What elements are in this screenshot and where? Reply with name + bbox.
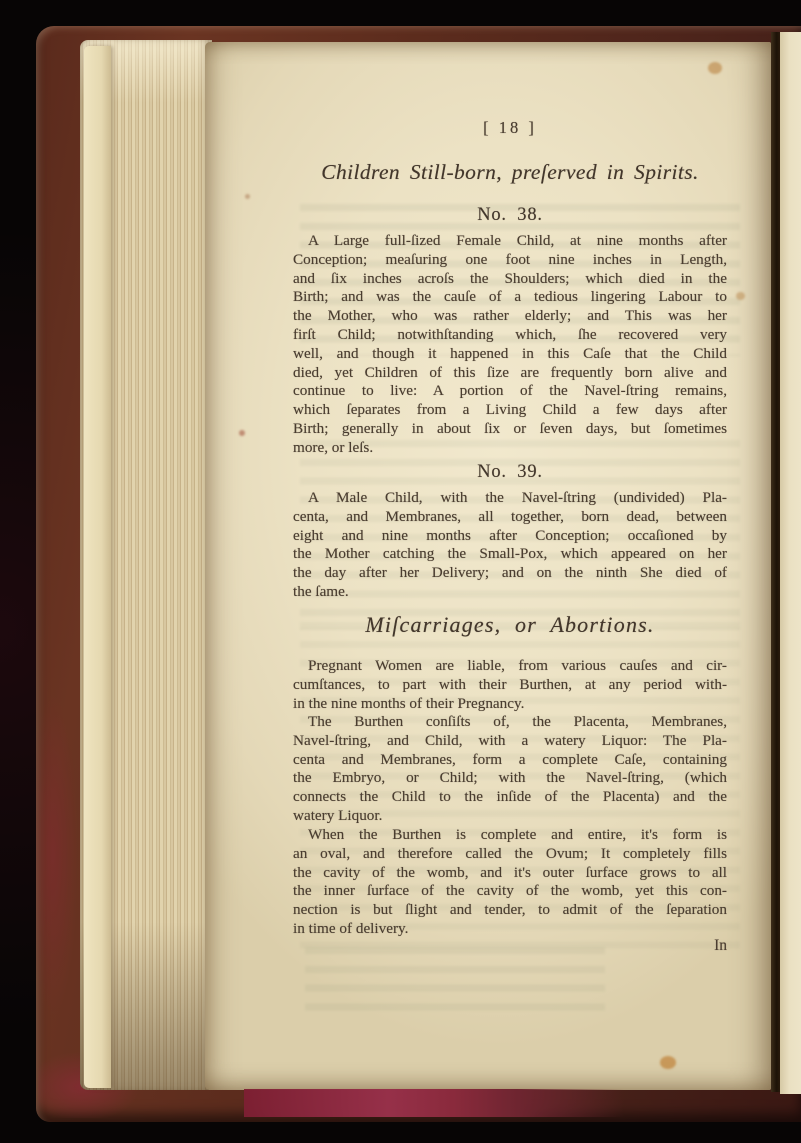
paper-stain [736, 292, 745, 300]
text-line: an oval, and therefore called the Ovum; … [293, 845, 727, 864]
facing-page-edge [780, 32, 801, 1094]
text-line: Navel-ſtring, and Child, with a watery L… [293, 732, 727, 751]
entry-heading: No. 38. [293, 205, 727, 226]
entry-paragraph: A Male Child, with the Navel-ſtring (und… [293, 489, 727, 602]
text-line: in the nine months of their Pregnancy. [293, 695, 727, 714]
text-line: the Mother, who was rather elderly; and … [293, 307, 727, 326]
text-line: The Burthen conſiſts of, the Placenta, M… [293, 713, 727, 732]
text-line: the cavity of the womb, and it's outer ſ… [293, 864, 727, 883]
text-line: nection is but ſlight and tender, to adm… [293, 901, 727, 920]
text-line: which ſeparates from a Living Child a fe… [293, 401, 727, 420]
text-line: died, yet Children of this ſize are freq… [293, 364, 727, 383]
text-line: Conception; meaſuring one foot nine inch… [293, 251, 727, 270]
text-line: in time of delivery. [293, 920, 727, 939]
text-line: watery Liquor. [293, 807, 727, 826]
paper-stain [245, 194, 250, 199]
section-title: Children Still-born, preſerved in Spirit… [293, 160, 727, 185]
text-line: eight and nine months after Conception; … [293, 527, 727, 546]
paper-stain [239, 430, 245, 436]
text-line: When the Burthen is complete and entire,… [293, 826, 727, 845]
text-line: cumſtances, to part with their Burthen, … [293, 676, 727, 695]
text-line: more, or leſs. [293, 439, 727, 458]
subsection-paragraph: The Burthen conſiſts of, the Placenta, M… [293, 713, 727, 826]
catchword: In [293, 937, 727, 955]
text-line: well, and though it happened in this Caſ… [293, 345, 727, 364]
text-line: A Male Child, with the Navel-ſtring (und… [293, 489, 727, 508]
text-line: and ſix inches acroſs the Shoulders; whi… [293, 270, 727, 289]
loose-page-edge [84, 46, 111, 1088]
subsection-paragraph: Pregnant Women are liable, from various … [293, 657, 727, 713]
text-line: centa, and Membranes, all together, born… [293, 508, 727, 527]
cover-marble-bottom-edge [244, 1089, 624, 1117]
text-line: Birth; generally in about ſix or ſeven d… [293, 420, 727, 439]
page-number-header: [ 18 ] [293, 118, 727, 138]
text-line: Pregnant Women are liable, from various … [293, 657, 727, 676]
book-page: [ 18 ] Children Still-born, preſerved in… [205, 42, 771, 1090]
book-scan-scene: [ 18 ] Children Still-born, preſerved in… [0, 0, 801, 1143]
subsection-heading: Miſcarriages, or Abortions. [293, 612, 727, 638]
text-line: firſt Child; notwithſtanding which, ſhe … [293, 326, 727, 345]
entry-heading: No. 39. [293, 462, 727, 483]
text-line: the ſame. [293, 583, 727, 602]
text-line: Birth; and was the cauſe of a tedious li… [293, 288, 727, 307]
text-line: the inner ſurface of the cavity of the w… [293, 882, 727, 901]
entry-paragraph: A Large full-ſized Female Child, at nine… [293, 232, 727, 458]
text-line: A Large full-ſized Female Child, at nine… [293, 232, 727, 251]
text-line: continue to live: A portion of the Navel… [293, 382, 727, 401]
subsection-paragraph: When the Burthen is complete and entire,… [293, 826, 727, 939]
printed-text-block: [ 18 ] Children Still-born, preſerved in… [293, 42, 727, 1090]
text-line: centa and Membranes, form a complete Caſ… [293, 751, 727, 770]
text-line: the day after her Delivery; and on the n… [293, 564, 727, 583]
text-line: connects the Child to the inſide of the … [293, 788, 727, 807]
text-line: the Embryo, or Child; with the Navel-ſtr… [293, 769, 727, 788]
text-line: the Mother catching the Small-Pox, which… [293, 545, 727, 564]
